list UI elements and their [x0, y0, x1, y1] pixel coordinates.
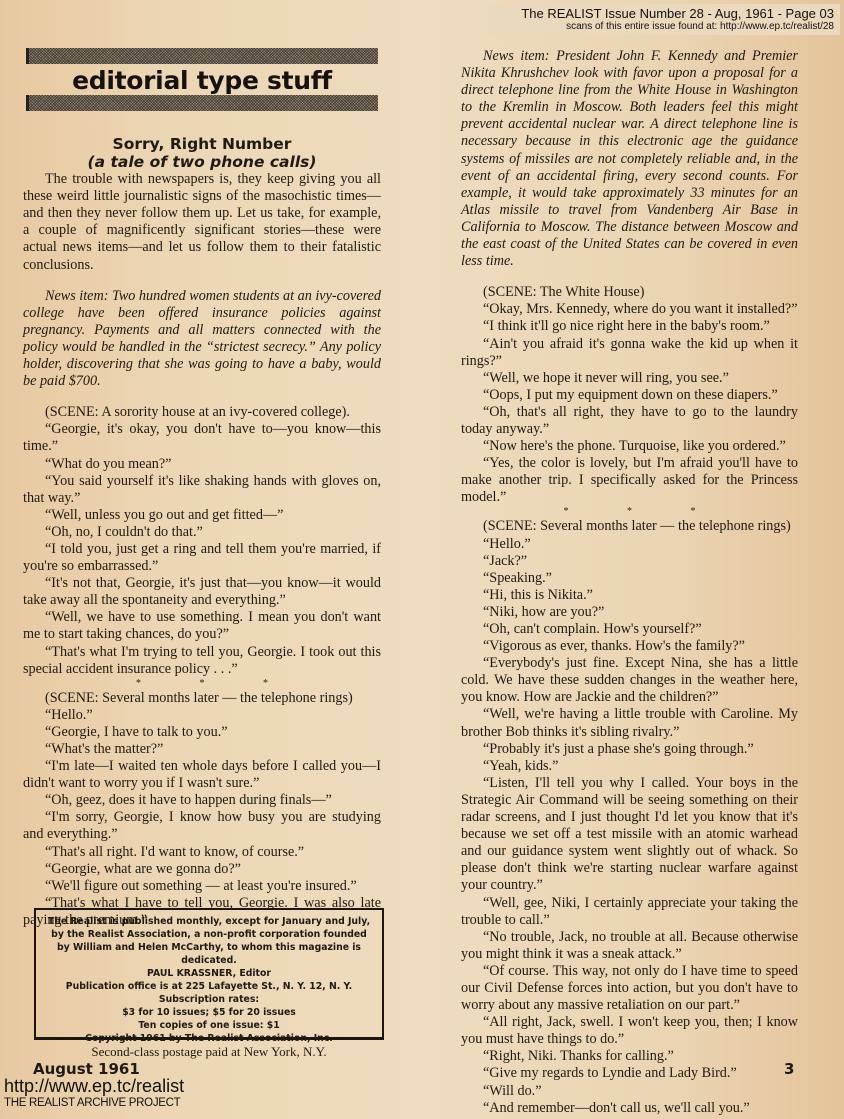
dialogue-line: “Listen, I'll tell you why I called. You…	[461, 775, 798, 895]
headline-text: Sorry, Right Number	[113, 135, 292, 153]
dialogue-line: “Probably it's just a phase she's going …	[461, 741, 798, 758]
archive-scan-link[interactable]: scans of this entire issue found at: htt…	[494, 21, 834, 33]
subheadline-text: (a tale of two phone calls)	[23, 153, 381, 171]
scene-separator: * * *	[489, 506, 798, 518]
halftone-rule-top	[26, 48, 378, 64]
dialogue-line: “Everybody's just fine. Except Nina, she…	[461, 655, 798, 706]
dialogue-line: “I told you, just get a ring and tell th…	[23, 541, 381, 575]
dialogue-line: “Well, gee, Niki, I certainly appreciate…	[461, 895, 798, 929]
dialogue-line: “Oh, that's all right, they have to go t…	[461, 404, 798, 438]
dialogue-line: “Jack?”	[461, 553, 798, 570]
dialogue-line: “I'm sorry, Georgie, I know how busy you…	[23, 809, 381, 843]
section-title: editorial type stuff	[23, 72, 381, 89]
intro-paragraph: The trouble with newspapers is, they kee…	[23, 171, 381, 274]
halftone-rule-bottom	[26, 95, 378, 111]
dialogue-line: “You said yourself it's like shaking han…	[23, 473, 381, 507]
news-item-paragraph: News item: Two hundred women students at…	[23, 288, 381, 391]
news-item-paragraph: News item: President John F. Kennedy and…	[461, 48, 798, 270]
dialogue-line: “That's what I'm trying to tell you, Geo…	[23, 644, 381, 678]
article-headline: Sorry, Right Number (a tale of two phone…	[23, 135, 381, 171]
dialogue-line: “I think it'll go nice right here in the…	[461, 318, 798, 335]
masthead-rates: $3 for 10 issues; $5 for 20 issues	[44, 1006, 374, 1019]
dialogue-line: “Georgie, I have to talk to you.”	[23, 724, 381, 741]
masthead-rates-label: Subscription rates:	[44, 993, 374, 1006]
dialogue-line: “Speaking.”	[461, 570, 798, 587]
archive-project-label: THE REALIST ARCHIVE PROJECT	[4, 1096, 184, 1110]
dialogue-line: “Hello.”	[461, 536, 798, 553]
masthead-copies: Ten copies of one issue: $1	[44, 1019, 374, 1032]
dialogue-line: “Of course. This way, not only do I have…	[461, 963, 798, 1014]
scene-separator: * * *	[51, 678, 381, 690]
masthead-editor: PAUL KRASSNER, Editor	[44, 967, 374, 980]
dialogue-line: “Well, we're having a little trouble wit…	[461, 706, 798, 740]
dialogue-line: “Yes, the color is lovely, but I'm afrai…	[461, 455, 798, 506]
dialogue-line: “What do you mean?”	[23, 456, 381, 473]
dialogue-line: “And remember—don't call us, we'll call …	[461, 1100, 798, 1117]
right-column: News item: President John F. Kennedy and…	[461, 48, 798, 1117]
dialogue-line: “Hi, this is Nikita.”	[461, 587, 798, 604]
dialogue-line: “It's not that, Georgie, it's just that—…	[23, 575, 381, 609]
dialogue-line: (SCENE: Several months later — the telep…	[461, 518, 798, 535]
dialogue-line: “We'll figure out something — at least y…	[23, 878, 381, 895]
dialogue-line: “Oh, can't complain. How's yourself?”	[461, 621, 798, 638]
page-number: 3	[784, 1060, 794, 1078]
dialogue-line: “Oh, no, I couldn't do that.”	[23, 524, 381, 541]
dialogue-line: “That's all right. I'd want to know, of …	[23, 844, 381, 861]
dialogue-line: “Vigorous as ever, thanks. How's the fam…	[461, 638, 798, 655]
dialogue-line: (SCENE: Several months later — the telep…	[23, 690, 381, 707]
dialogue-line: “Right, Niki. Thanks for calling.”	[461, 1048, 798, 1065]
dialogue-line: “No trouble, Jack, no trouble at all. Be…	[461, 929, 798, 963]
dialogue-line: “Oops, I put my equipment down on these …	[461, 387, 798, 404]
archive-header: The REALIST Issue Number 28 - Aug, 1961 …	[488, 4, 840, 35]
dialogue-line: “Oh, geez, does it have to happen during…	[23, 792, 381, 809]
dialogue-line: “Niki, how are you?”	[461, 604, 798, 621]
dialogue-line: “Well, we hope it never will ring, you s…	[461, 370, 798, 387]
dialogue-line: “All right, Jack, swell. I won't keep yo…	[461, 1014, 798, 1048]
dialogue-line: “Georgie, what are we gonna do?”	[23, 861, 381, 878]
dialogue-line: “Okay, Mrs. Kennedy, where do you want i…	[461, 301, 798, 318]
dialogue-line: “Well, we have to use something. I mean …	[23, 609, 381, 643]
dialogue-line: (SCENE: A sorority house at an ivy-cover…	[23, 404, 381, 421]
dialogue-line: “Georgie, it's okay, you don't have to—y…	[23, 421, 381, 455]
dialogue-line: “Give my regards to Lyndie and Lady Bird…	[461, 1065, 798, 1082]
masthead-postage: Second-class postage paid at New York, N…	[44, 1045, 374, 1058]
masthead-publication-info: The Realist is published monthly, except…	[44, 915, 374, 967]
archive-footer: http://www.ep.tc/realist THE REALIST ARC…	[4, 1076, 184, 1110]
archive-url-link[interactable]: http://www.ep.tc/realist	[4, 1076, 184, 1096]
left-column: editorial type stuff Sorry, Right Number…	[23, 48, 381, 929]
dialogue-line: “Ain't you afraid it's gonna wake the ki…	[461, 336, 798, 370]
dialogue-line: (SCENE: The White House)	[461, 284, 798, 301]
dialogue-line: “Well, unless you go out and get fitted—…	[23, 507, 381, 524]
dialogue-line: “Hello.”	[23, 707, 381, 724]
dialogue-line: “Will do.”	[461, 1083, 798, 1100]
dialogue-line: “I'm late—I waited ten whole days before…	[23, 758, 381, 792]
dialogue-line: “What's the matter?”	[23, 741, 381, 758]
dialogue-line: “Now here's the phone. Turquoise, like y…	[461, 438, 798, 455]
dialogue-line: “Yeah, kids.”	[461, 758, 798, 775]
archive-issue-title: The REALIST Issue Number 28 - Aug, 1961 …	[494, 6, 834, 21]
masthead-box: The Realist is published monthly, except…	[34, 908, 384, 1040]
masthead-office: Publication office is at 225 Lafayette S…	[44, 980, 374, 993]
